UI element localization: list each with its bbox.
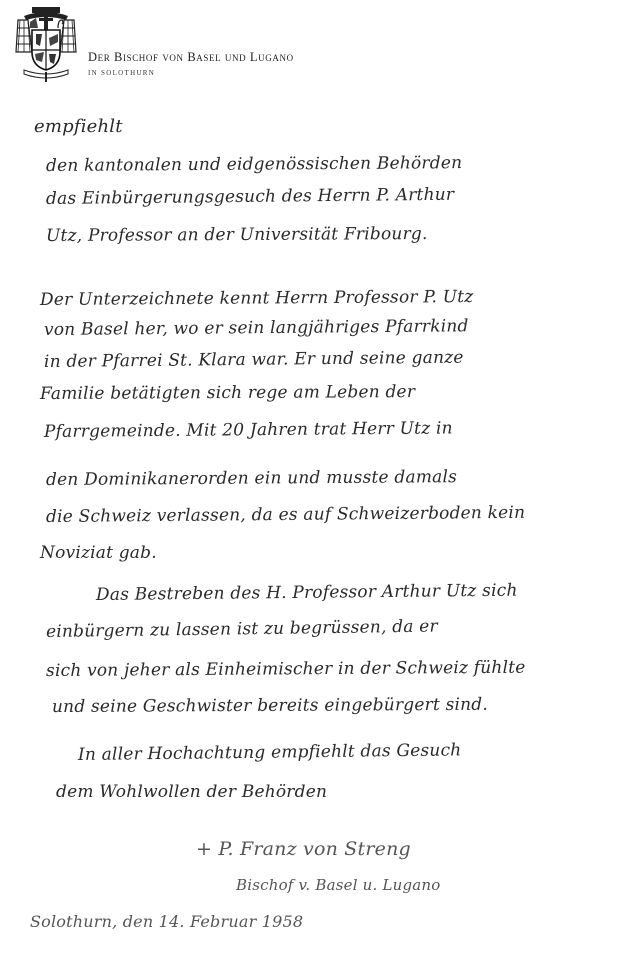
handwritten-line: empfiehlt <box>34 116 123 137</box>
dateline: Solothurn, den 14. Februar 1958 <box>30 912 303 931</box>
letterhead: Der Bischof von Basel und Lugano in Solo… <box>14 6 354 84</box>
handwritten-line: Pfarrgemeinde. Mit 20 Jahren trat Herr U… <box>44 418 453 442</box>
signature-name: + P. Franz von Streng <box>196 838 411 860</box>
handwritten-line: von Basel her, wo er sein langjähriges P… <box>44 316 469 340</box>
handwritten-line: den Dominikanerorden ein und musste dama… <box>46 467 457 490</box>
handwritten-line: dem Wohlwollen der Behörden <box>56 782 327 802</box>
coat-of-arms-icon <box>14 6 78 82</box>
signature-title: Bischof v. Basel u. Lugano <box>236 876 441 894</box>
handwritten-line: die Schweiz verlassen, da es auf Schweiz… <box>46 503 525 527</box>
handwritten-line: sich von jeher als Einheimischer in der … <box>46 658 526 681</box>
handwritten-line: einbürgern zu lassen ist zu begrüssen, d… <box>46 617 438 642</box>
handwritten-line: in der Pfarrei St. Klara war. Er und sei… <box>44 348 464 372</box>
handwritten-line: Utz, Professor an der Universität Fribou… <box>46 224 428 246</box>
handwritten-line: und seine Geschwister bereits eingebürge… <box>52 695 488 717</box>
handwritten-line: Das Bestreben des H. Professor Arthur Ut… <box>96 581 518 605</box>
handwritten-line: den kantonalen und eidgenössischen Behör… <box>46 153 462 176</box>
handwritten-line: das Einbürgerungsgesuch des Herrn P. Art… <box>46 185 454 209</box>
handwritten-line: Der Unterzeichnete kennt Herrn Professor… <box>40 287 474 310</box>
handwritten-line: Familie betätigten sich rege am Leben de… <box>40 382 415 404</box>
letterhead-title: Der Bischof von Basel und Lugano <box>88 50 294 65</box>
handwritten-line: In aller Hochachtung empfiehlt das Gesuc… <box>78 740 462 765</box>
letterhead-subtitle: in Solothurn <box>88 69 155 77</box>
handwritten-line: Noviziat gab. <box>40 543 157 563</box>
